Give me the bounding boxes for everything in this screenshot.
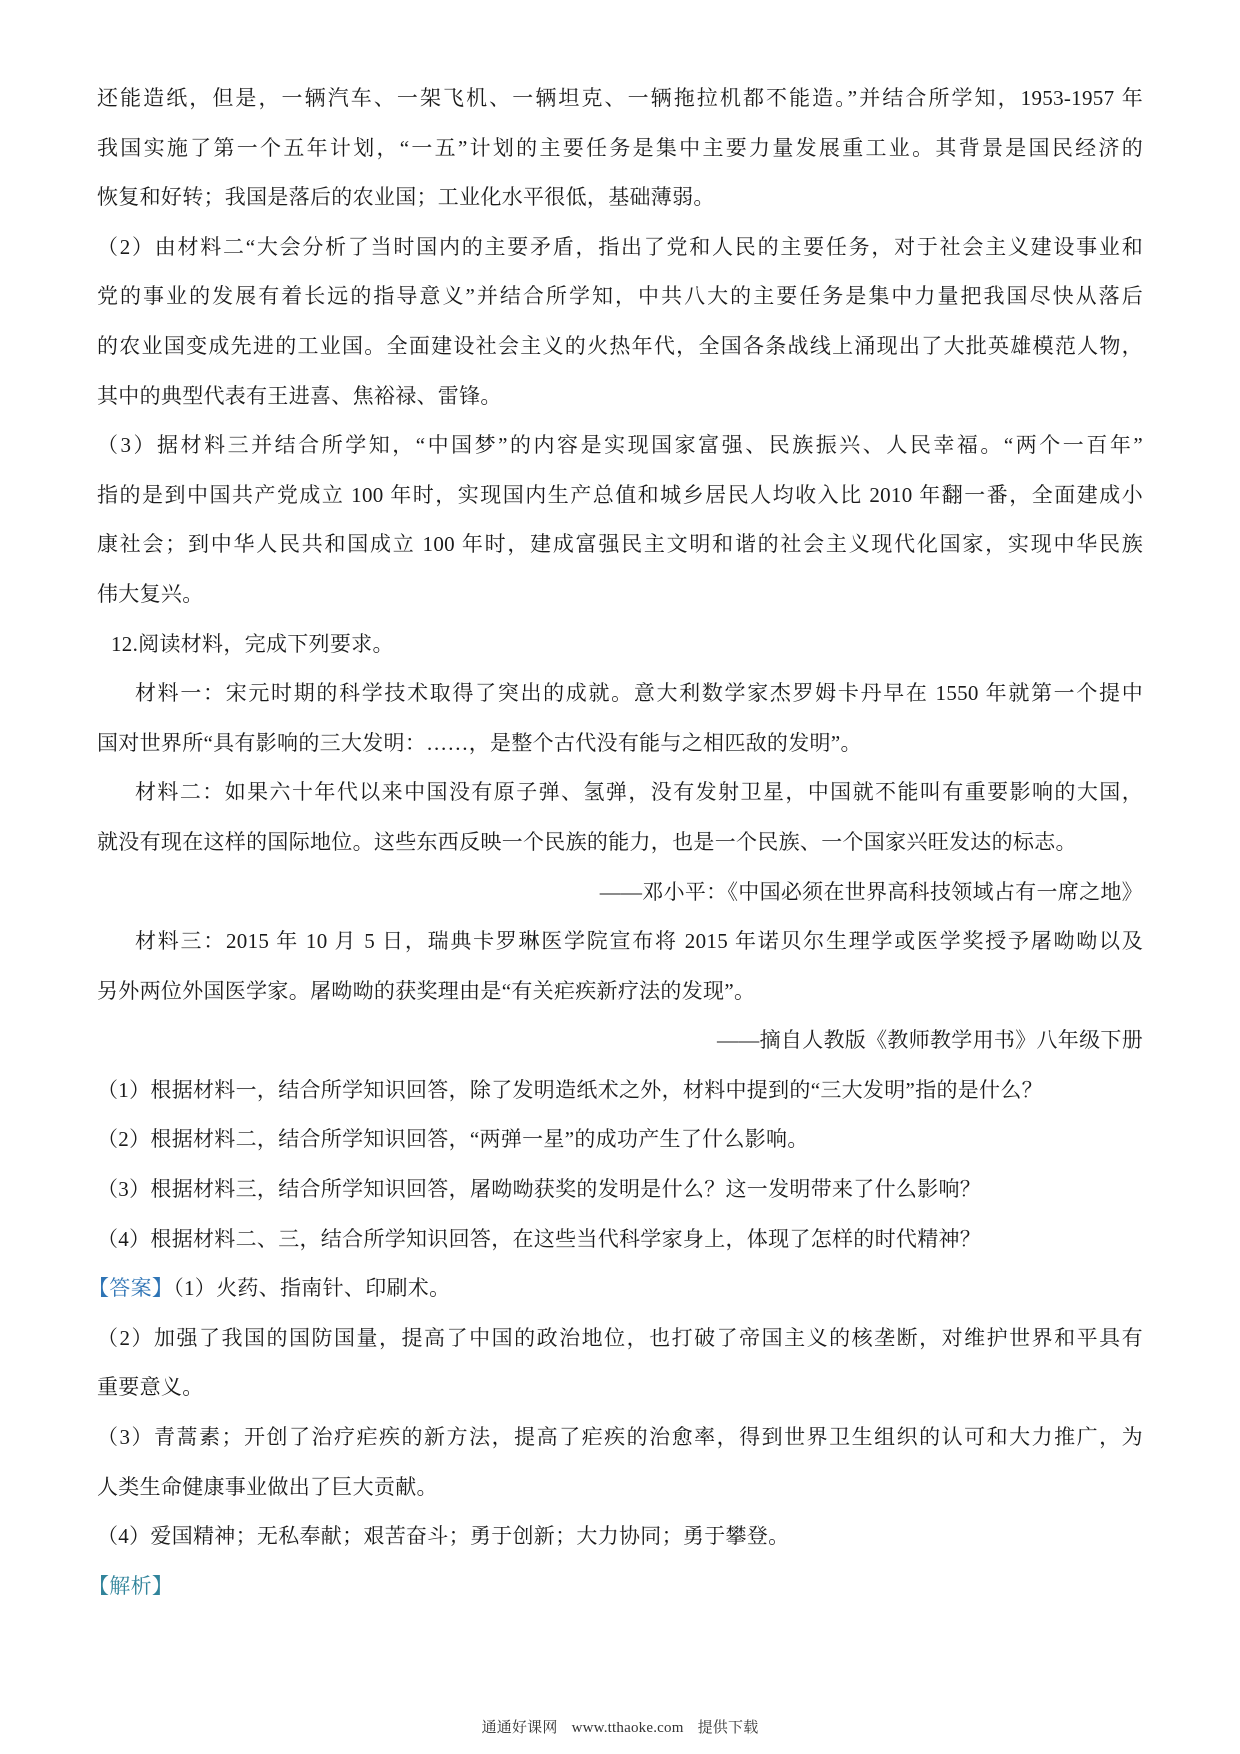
answer11-part1-line: 我国实施了第一个五年计划，“一五”计划的主要任务是集中主要力量发展重工业。其背景… — [97, 124, 1143, 174]
question12-sub1: （1）根据材料一，结合所学知识回答，除了发明造纸术之外，材料中提到的“三大发明”… — [97, 1066, 1143, 1116]
material2-line: 就没有现在这样的国际地位。这些东西反映一个民族的能力，也是一个民族、一个国家兴旺… — [97, 818, 1143, 868]
answer12-a1: （1）火药、指南针、印刷术。 — [173, 1276, 450, 1300]
material1-line: 国对世界所“具有影响的三大发明：……，是整个古代没有能与之相匹敌的发明”。 — [97, 719, 1143, 769]
answer11-part1-line: 恢复和好转；我国是落后的农业国；工业化水平很低，基础薄弱。 — [97, 173, 1143, 223]
material1-line: 材料一：宋元时期的科学技术取得了突出的成就。意大利数学家杰罗姆卡丹早在 1550… — [97, 669, 1143, 719]
answer11-part2-line: 其中的典型代表有王进喜、焦裕禄、雷锋。 — [97, 372, 1143, 422]
document-content: 还能造纸，但是，一辆汽车、一架飞机、一辆坦克、一辆拖拉机都不能造。”并结合所学知… — [97, 74, 1143, 1611]
answer12-a4-line: （4）爱国精神；无私奉献；艰苦奋斗；勇于创新；大力协同；勇于攀登。 — [97, 1512, 1143, 1562]
material2-source: ——邓小平：《中国必须在世界高科技领域占有一席之地》 — [97, 868, 1143, 918]
question12-sub4: （4）根据材料二、三，结合所学知识回答，在这些当代科学家身上，体现了怎样的时代精… — [97, 1215, 1143, 1265]
material3-line: 材料三：2015 年 10 月 5 日，瑞典卡罗琳医学院宣布将 2015 年诺贝… — [97, 917, 1143, 967]
answer11-part2-line: （2）由材料二“大会分析了当时国内的主要矛盾，指出了党和人民的主要任务，对于社会… — [97, 223, 1143, 273]
answer12-line1: 【答案】（1）火药、指南针、印刷术。 — [88, 1264, 1143, 1314]
answer12-a2-line: （2）加强了我国的国防国量，提高了中国的政治地位，也打破了帝国主义的核垄断，对维… — [97, 1314, 1143, 1364]
answer11-part1-line: 还能造纸，但是，一辆汽车、一架飞机、一辆坦克、一辆拖拉机都不能造。”并结合所学知… — [97, 74, 1143, 124]
answer11-part2-line: 的农业国变成先进的工业国。全面建设社会主义的火热年代，全国各条战线上涌现出了大批… — [97, 322, 1143, 372]
answer11-part3-line: 指的是到中国共产党成立 100 年时，实现国内生产总值和城乡居民人均收入比 20… — [97, 471, 1143, 521]
answer12-a3-line: （3）青蒿素；开创了治疗疟疾的新方法，提高了疟疾的治愈率，得到世界卫生组织的认可… — [97, 1413, 1143, 1463]
analysis-line: 【解析】 — [88, 1562, 1143, 1612]
page-footer: 通通好课网www.tthaoke.com提供下载 — [0, 1716, 1240, 1737]
footer-note: 提供下载 — [698, 1720, 759, 1736]
answer11-part3-line: 伟大复兴。 — [97, 570, 1143, 620]
material3-source: ——摘自人教版《教师教学用书》八年级下册 — [97, 1016, 1143, 1066]
question12-sub3: （3）根据材料三，结合所学知识回答，屠呦呦获奖的发明是什么？这一发明带来了什么影… — [97, 1165, 1143, 1215]
document-page: 还能造纸，但是，一辆汽车、一架飞机、一辆坦克、一辆拖拉机都不能造。”并结合所学知… — [0, 0, 1240, 1754]
question12-stem: 12.阅读材料，完成下列要求。 — [97, 620, 1143, 670]
material2-line: 材料二：如果六十年代以来中国没有原子弹、氢弹，没有发射卫星，中国就不能叫有重要影… — [97, 768, 1143, 818]
answer11-part3-line: （3）据材料三并结合所学知，“中国梦”的内容是实现国家富强、民族振兴、人民幸福。… — [97, 421, 1143, 471]
answer12-a3-line: 人类生命健康事业做出了巨大贡献。 — [97, 1463, 1143, 1513]
answer-label: 【答案】 — [88, 1276, 173, 1300]
question12-sub2: （2）根据材料二，结合所学知识回答，“两弹一星”的成功产生了什么影响。 — [97, 1115, 1143, 1165]
material3-line: 另外两位外国医学家。屠呦呦的获奖理由是“有关疟疾新疗法的发现”。 — [97, 967, 1143, 1017]
answer12-a2-line: 重要意义。 — [97, 1363, 1143, 1413]
analysis-label: 【解析】 — [88, 1574, 173, 1598]
footer-site-name: 通通好课网 — [482, 1720, 558, 1736]
answer11-part3-line: 康社会；到中华人民共和国成立 100 年时，建成富强民主文明和谐的社会主义现代化… — [97, 520, 1143, 570]
answer11-part2-line: 党的事业的发展有着长远的指导意义”并结合所学知，中共八大的主要任务是集中力量把我… — [97, 272, 1143, 322]
footer-url: www.tthaoke.com — [572, 1720, 684, 1736]
